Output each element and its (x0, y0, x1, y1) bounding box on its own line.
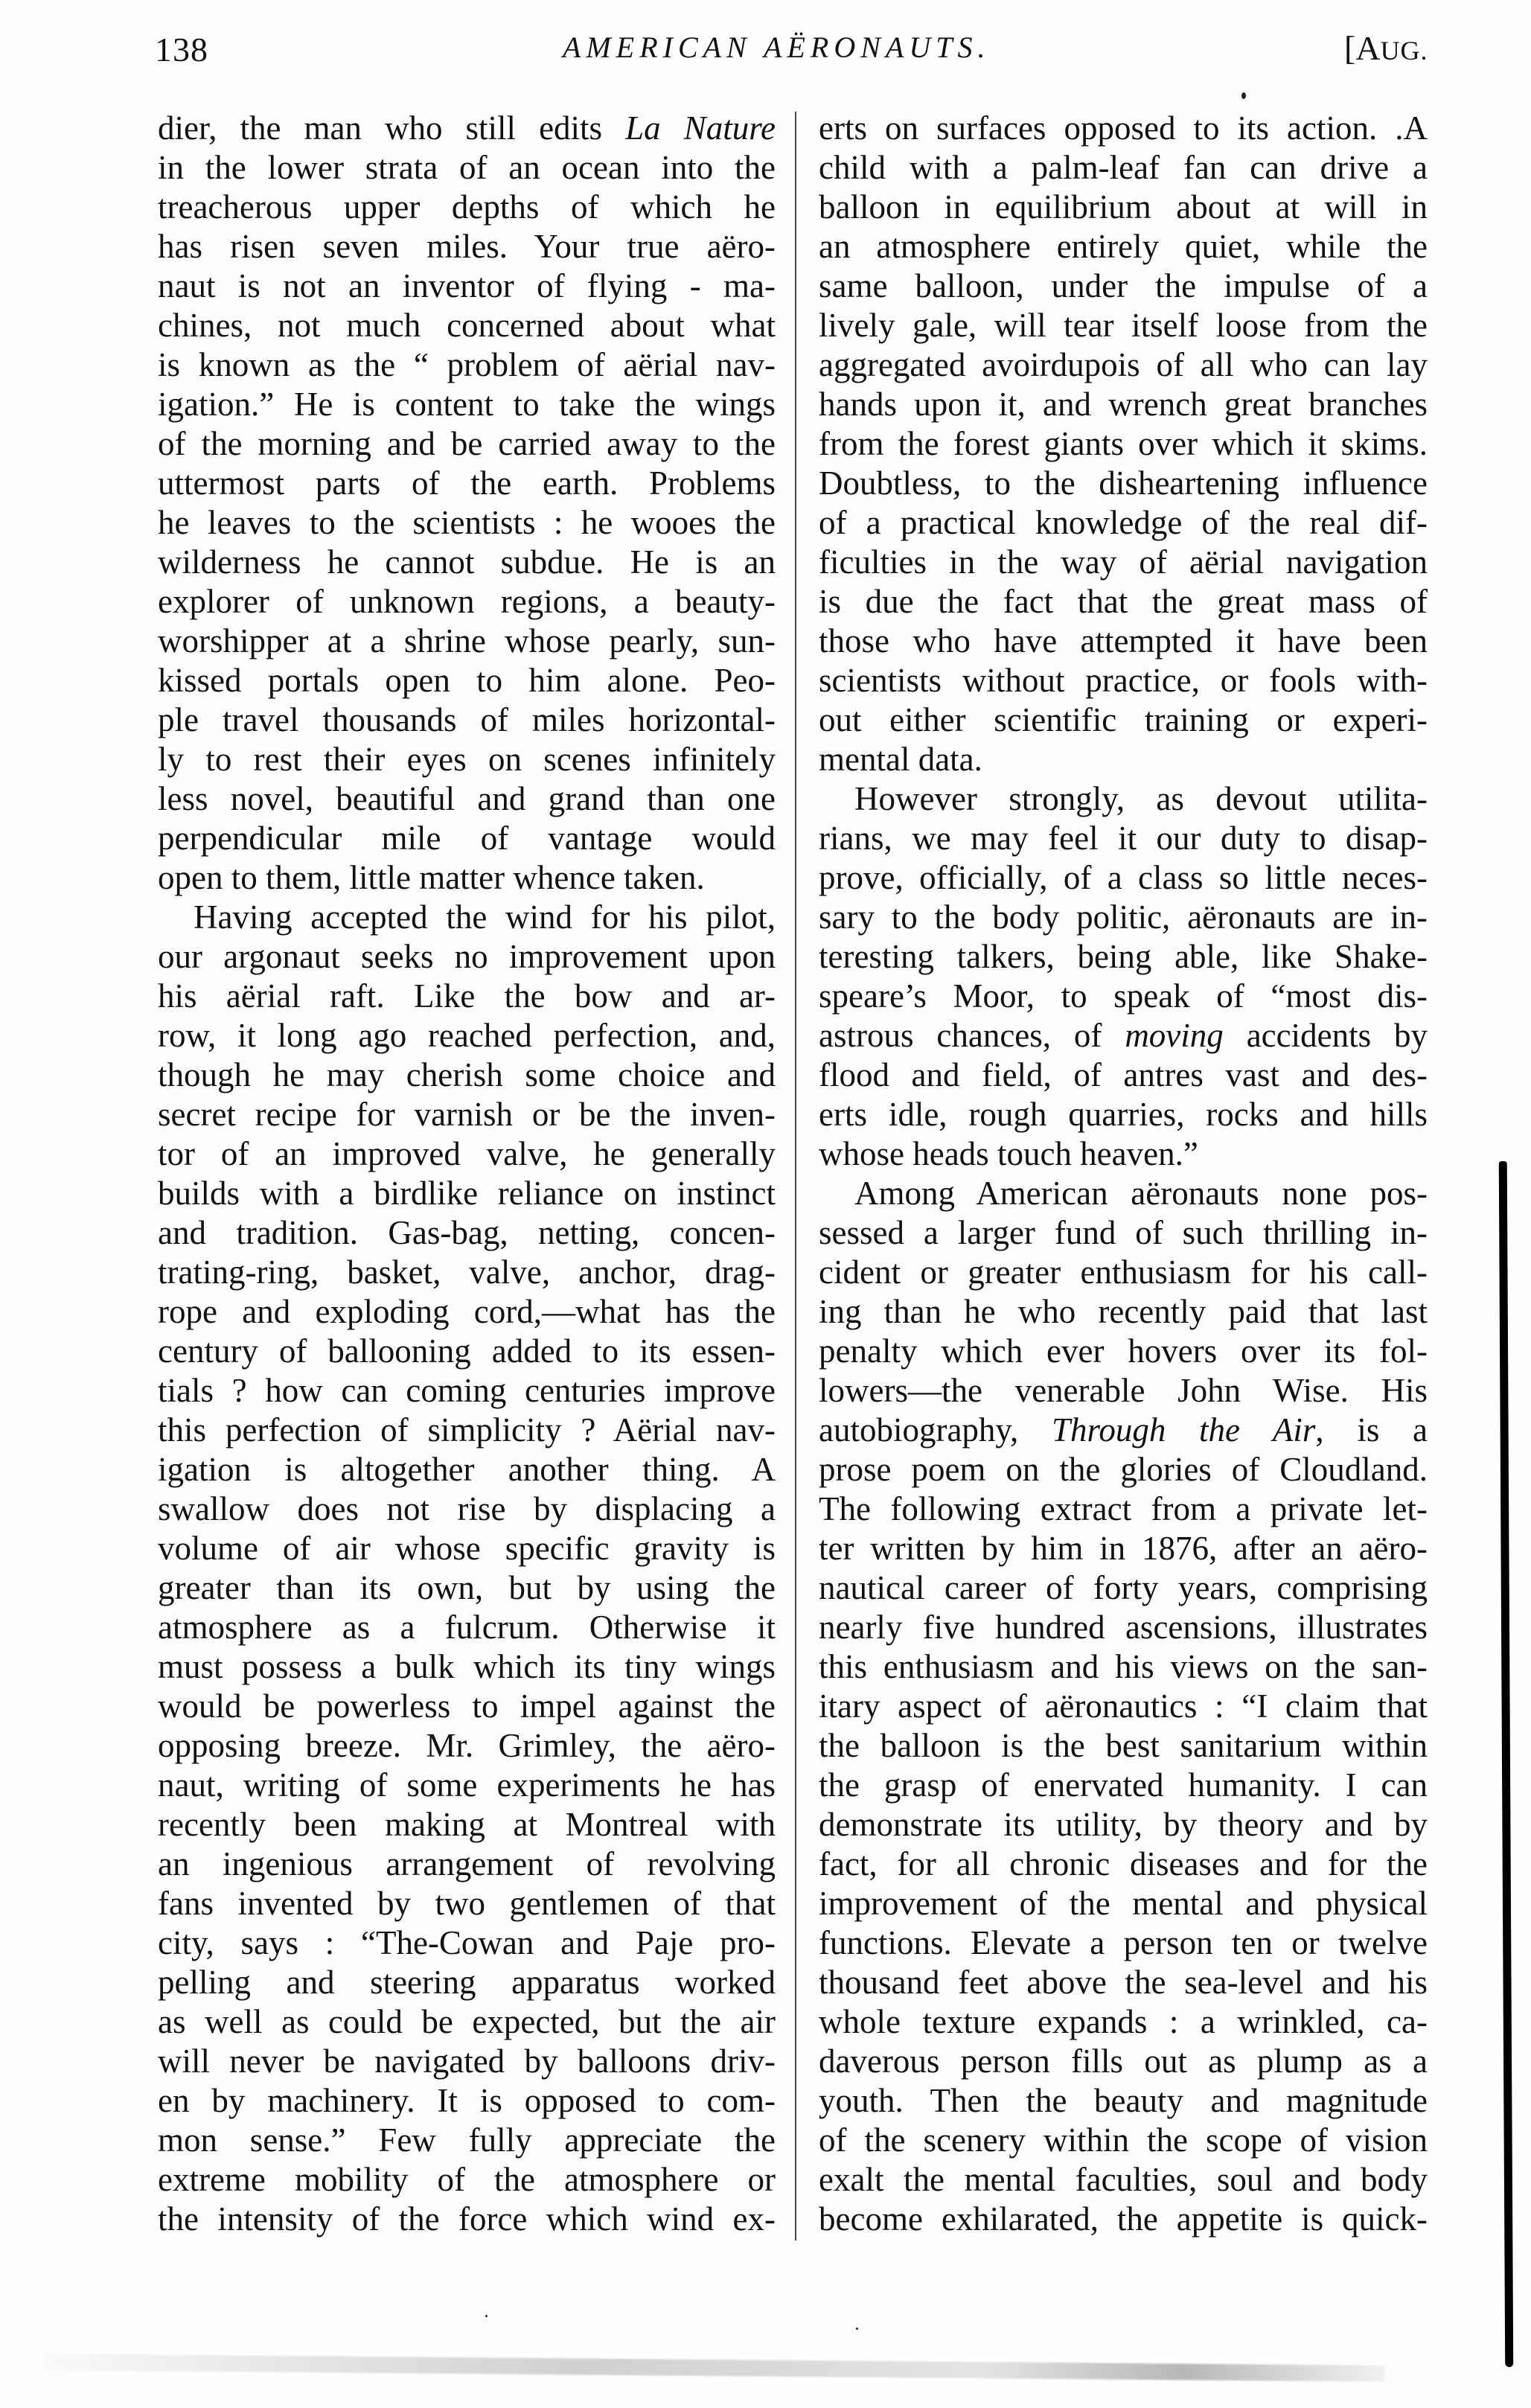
text-line: of the scenery within the scope of visio… (819, 2121, 1428, 2160)
text-line: the grasp of enervated humanity. I can (819, 1766, 1428, 1805)
text-line: Doubtless, to the disheartening influenc… (819, 464, 1428, 503)
ink-speck (856, 2328, 858, 2330)
text-run: dier, the man who still edits (158, 109, 625, 147)
text-line: become exhilarated, the appetite is quic… (819, 2200, 1428, 2239)
italic-title: La Nature (625, 109, 776, 147)
text-line: he leaves to the scientists : he wooes t… (158, 503, 776, 543)
text-line: will never be navigated by balloons driv… (158, 2042, 776, 2081)
text-line: tials ? how can coming centuries improve (158, 1371, 776, 1411)
scanned-page: 138 AMERICAN AËRONAUTS. [AUG. dier, the … (0, 0, 1531, 2408)
text-line: as well as could be expected, but the ai… (158, 2002, 776, 2042)
text-line: pelling and steering apparatus worked (158, 1963, 776, 2002)
text-line: itary aspect of aëronautics : “I claim t… (819, 1687, 1428, 1726)
text-line: exalt the mental faculties, soul and bod… (819, 2160, 1428, 2200)
text-line: secret recipe for varnish or be the inve… (158, 1095, 776, 1134)
text-line: those who have attempted it have been (819, 622, 1428, 661)
text-line: wilderness he cannot subdue. He is an (158, 543, 776, 582)
text-line: from the forest giants over which it ski… (819, 424, 1428, 464)
text-line: erts on surfaces opposed to its action. … (819, 109, 1428, 148)
text-line: hands upon it, and wrench great branches (819, 385, 1428, 424)
text-line: extreme mobility of the atmosphere or (158, 2160, 776, 2200)
text-line: must possess a bulk which its tiny wings (158, 1647, 776, 1687)
text-line: out either scientific training or experi… (819, 700, 1428, 740)
text-line: demonstrate its utility, by theory and b… (819, 1805, 1428, 1845)
text-line: explorer of unknown regions, a beauty- (158, 582, 776, 622)
text-line: igation.” He is content to take the wing… (158, 385, 776, 424)
text-line: the intensity of the force which wind ex… (158, 2200, 776, 2239)
ink-speck (1241, 92, 1246, 99)
text-line: of a practical knowledge of the real dif… (819, 503, 1428, 543)
text-line: astrous chances, of moving accidents by (819, 1016, 1428, 1056)
text-line: this perfection of simplicity ? Aërial n… (158, 1411, 776, 1450)
text-line: less novel, beautiful and grand than one (158, 779, 776, 819)
text-line: of the morning and be carried away to th… (158, 424, 776, 464)
text-run: autobiography, (819, 1411, 1052, 1449)
text-line: mon sense.” Few fully appreciate the (158, 2121, 776, 2160)
text-line: whole texture expands : a wrinkled, ca- (819, 2002, 1428, 2042)
text-line: penalty which ever hovers over its fol- (819, 1332, 1428, 1371)
text-line: city, says : “The-Cowan and Paje pro- (158, 1923, 776, 1963)
text-line: builds with a birdlike reliance on insti… (158, 1174, 776, 1213)
text-line: greater than its own, but by using the (158, 1568, 776, 1608)
text-line: igation is altogether another thing. A (158, 1450, 776, 1489)
text-line: sary to the body politic, aëronauts are … (819, 898, 1428, 937)
text-line: en by machinery. It is opposed to com- (158, 2081, 776, 2121)
italic-title: moving (1125, 1017, 1223, 1054)
page-edge-shadow (1499, 1161, 1513, 2367)
month-rest: UG. (1381, 36, 1428, 66)
text-line: in the lower strata of an ocean into the (158, 148, 776, 188)
text-line: ly to rest their eyes on scenes infinite… (158, 740, 776, 779)
text-line: lowers—the venerable John Wise. His (819, 1371, 1428, 1411)
text-line: worshipper at a shrine whose pearly, sun… (158, 622, 776, 661)
scan-artifact (45, 2354, 1384, 2382)
text-line: ing than he who recently paid that last (819, 1292, 1428, 1332)
text-line: would be powerless to impel against the (158, 1687, 776, 1726)
left-text-column: dier, the man who still edits La Naturei… (158, 109, 776, 2239)
text-line: nearly five hundred ascensions, illustra… (819, 1608, 1428, 1647)
text-line: kissed portals open to him alone. Peo- (158, 661, 776, 700)
text-line: mental data. (819, 740, 1428, 779)
text-line: rians, we may feel it our duty to disap- (819, 819, 1428, 858)
text-line: prove, officially, of a class so little … (819, 858, 1428, 898)
issue-month: [AUG. (1344, 28, 1428, 68)
month-bracket: [ (1344, 29, 1355, 67)
text-line: fans invented by two gentlemen of that (158, 1884, 776, 1923)
text-line: dier, the man who still edits La Nature (158, 109, 776, 148)
text-line: nautical career of forty years, comprisi… (819, 1568, 1428, 1608)
text-line: flood and field, of antres vast and des- (819, 1056, 1428, 1095)
text-line: has risen seven miles. Your true aëro- (158, 227, 776, 266)
text-line: same balloon, under the impulse of a (819, 266, 1428, 306)
text-line: the balloon is the best sanitarium withi… (819, 1726, 1428, 1766)
text-line: teresting talkers, being able, like Shak… (819, 937, 1428, 977)
text-line: daverous person fills out as plump as a (819, 2042, 1428, 2081)
text-line: swallow does not rise by displacing a (158, 1489, 776, 1529)
text-run: astrous chances, of (819, 1017, 1125, 1054)
text-line: this enthusiasm and his views on the san… (819, 1647, 1428, 1687)
text-line: balloon in equilibrium about at will in (819, 188, 1428, 227)
text-line: scientists without practice, or fools wi… (819, 661, 1428, 700)
text-line: cident or greater enthusiasm for his cal… (819, 1253, 1428, 1292)
text-line: tor of an improved valve, he generally (158, 1134, 776, 1174)
month-initial: A (1355, 29, 1380, 67)
text-line: aggregated avoirdupois of all who can la… (819, 345, 1428, 385)
text-line: Having accepted the wind for his pilot, (158, 898, 776, 937)
text-line: whose heads touch heaven.” (819, 1134, 1428, 1174)
text-line: ficulties in the way of aërial navigatio… (819, 543, 1428, 582)
text-line: fact, for all chronic diseases and for t… (819, 1845, 1428, 1884)
text-line: an atmosphere entirely quiet, while the (819, 227, 1428, 266)
text-line: is known as the “ problem of aërial nav- (158, 345, 776, 385)
text-line: ter written by him in 1876, after an aër… (819, 1529, 1428, 1568)
text-line: recently been making at Montreal with (158, 1805, 776, 1845)
text-line: autobiography, Through the Air, is a (819, 1411, 1428, 1450)
text-line: is due the fact that the great mass of (819, 582, 1428, 622)
text-line: Among American aëronauts none pos- (819, 1174, 1428, 1213)
text-run: , is a (1315, 1411, 1428, 1449)
running-title: AMERICAN AËRONAUTS. (563, 30, 990, 65)
text-line: rope and exploding cord,—what has the (158, 1292, 776, 1332)
text-line: trating-ring, basket, valve, anchor, dra… (158, 1253, 776, 1292)
text-line: chines, not much concerned about what (158, 306, 776, 345)
text-line: speare’s Moor, to speak of “most dis- (819, 977, 1428, 1016)
text-line: functions. Elevate a person ten or twelv… (819, 1923, 1428, 1963)
text-run: accidents by (1224, 1017, 1428, 1054)
text-line: lively gale, will tear itself loose from… (819, 306, 1428, 345)
text-line: improvement of the mental and physical (819, 1884, 1428, 1923)
text-line: The following extract from a private let… (819, 1489, 1428, 1529)
text-line: However strongly, as devout utilita- (819, 779, 1428, 819)
right-text-column: erts on surfaces opposed to its action. … (819, 109, 1428, 2239)
text-line: atmosphere as a fulcrum. Otherwise it (158, 1608, 776, 1647)
text-line: his aërial raft. Like the bow and ar- (158, 977, 776, 1016)
ink-speck (485, 2315, 488, 2317)
text-line: and tradition. Gas-bag, netting, concen- (158, 1213, 776, 1253)
text-line: prose poem on the glories of Cloudland. (819, 1450, 1428, 1489)
page-number: 138 (155, 30, 208, 69)
text-line: naut is not an inventor of flying - ma- (158, 266, 776, 306)
text-line: thousand feet above the sea-level and hi… (819, 1963, 1428, 2002)
running-head: 138 AMERICAN AËRONAUTS. [AUG. (0, 27, 1531, 71)
text-line: century of ballooning added to its essen… (158, 1332, 776, 1371)
text-line: sessed a larger fund of such thrilling i… (819, 1213, 1428, 1253)
column-rule (795, 112, 796, 2241)
text-line: volume of air whose specific gravity is (158, 1529, 776, 1568)
text-line: an ingenious arrangement of revolving (158, 1845, 776, 1884)
text-line: perpendicular mile of vantage would (158, 819, 776, 858)
text-line: row, it long ago reached perfection, and… (158, 1016, 776, 1056)
italic-title: Through the Air (1052, 1411, 1315, 1449)
text-line: erts idle, rough quarries, rocks and hil… (819, 1095, 1428, 1134)
text-line: child with a palm-leaf fan can drive a (819, 148, 1428, 188)
text-line: ple travel thousands of miles horizontal… (158, 700, 776, 740)
text-line: youth. Then the beauty and magnitude (819, 2081, 1428, 2121)
text-line: uttermost parts of the earth. Problems (158, 464, 776, 503)
text-line: opposing breeze. Mr. Grimley, the aëro- (158, 1726, 776, 1766)
text-line: naut, writing of some experiments he has (158, 1766, 776, 1805)
text-line: our argonaut seeks no improvement upon (158, 937, 776, 977)
text-line: open to them, little matter whence taken… (158, 858, 776, 898)
text-line: treacherous upper depths of which he (158, 188, 776, 227)
text-line: though he may cherish some choice and (158, 1056, 776, 1095)
